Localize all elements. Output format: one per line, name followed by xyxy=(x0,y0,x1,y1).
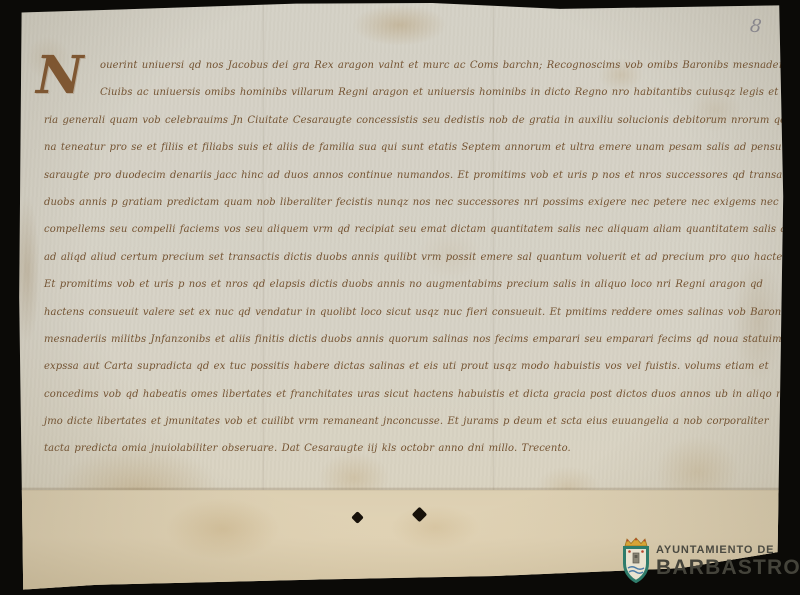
fold-crease-horizontal xyxy=(0,487,800,491)
manuscript-line: ria generali quam vob celebrauims Jn Ciu… xyxy=(44,107,764,134)
manuscript-line: concedims vob qd habeatis omes libertate… xyxy=(44,381,764,408)
stain xyxy=(14,195,40,345)
watermark-org-name-line1: AYUNTAMIENTO DE xyxy=(656,544,800,557)
manuscript-line: duobs annis p gratiam predictam quam nob… xyxy=(44,189,764,216)
manuscript-line: ouerint uniuersi qd nos Jacobus dei gra … xyxy=(44,52,764,79)
watermark-text: AYUNTAMIENTO DE BARBASTRO xyxy=(656,544,800,579)
manuscript-text-block: N ouerint uniuersi qd nos Jacobus dei gr… xyxy=(44,52,764,463)
manuscript-line: compellems seu compelli faciems vos seu … xyxy=(44,216,764,243)
manuscript-line: hactens consueuit valere set ex nuc qd v… xyxy=(44,299,764,326)
manuscript-line: tacta predicta omia jnuiolabiliter obser… xyxy=(44,435,764,462)
parchment-sheet: N ouerint uniuersi qd nos Jacobus dei gr… xyxy=(0,0,800,595)
stain xyxy=(352,4,447,46)
archival-photo: { "photo": { "archive_number": "8" }, "m… xyxy=(0,0,800,595)
manuscript-line: saraugte pro duodecim denariis jacc hinc… xyxy=(44,162,764,189)
archive-folio-number: 8 xyxy=(749,15,763,37)
manuscript-line: mesnaderiis militbs Jnfanzonibs et aliis… xyxy=(44,326,764,353)
watermark-org-name-line2: BARBASTRO xyxy=(656,557,800,579)
barbastro-watermark: AYUNTAMIENTO DE BARBASTRO xyxy=(621,535,799,587)
manuscript-line: expssa aut Carta supradicta qd ex tuc po… xyxy=(44,353,764,380)
barbastro-coat-of-arms-icon xyxy=(621,536,651,586)
manuscript-line: na teneatur pro se et filiis et filiabs … xyxy=(44,134,764,161)
manuscript-line: ad aliqd aliud certum precium set transa… xyxy=(44,244,764,271)
manuscript-line: jmo dicte libertates et jmunitates vob e… xyxy=(44,408,764,435)
manuscript-line: Et promitims vob et uris p nos et nros q… xyxy=(44,271,764,298)
illuminated-initial: N xyxy=(36,50,84,102)
manuscript-line: Ciuibs ac uniuersis omibs hominibs villa… xyxy=(44,79,764,106)
